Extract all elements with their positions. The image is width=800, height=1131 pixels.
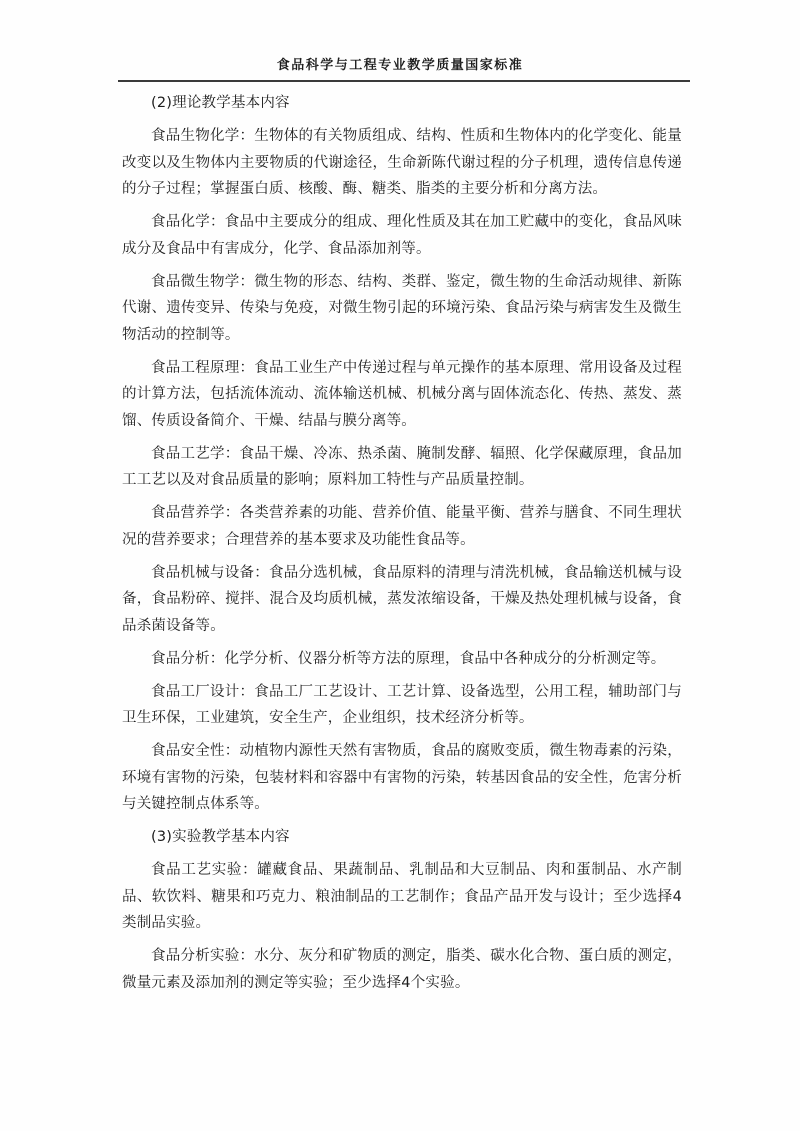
paragraph: 食品分析：化学分析、仪器分析等方法的原理，食品中各种成分的分析测定等。 xyxy=(122,646,682,673)
paragraph: 食品分析实验：水分、灰分和矿物质的测定，脂类、碳水化合物、蛋白质的测定，微量元素… xyxy=(122,943,682,996)
paragraph: 食品安全性：动植物内源性天然有害物质，食品的腐败变质，微生物毒素的污染，环境有害… xyxy=(122,738,682,818)
section-heading: (3)实验教学基本内容 xyxy=(122,824,682,851)
paragraph: 食品工艺实验：罐藏食品、果蔬制品、乳制品和大豆制品、肉和蛋制品、水产制品、软饮料… xyxy=(122,857,682,937)
paragraph: 食品化学：食品中主要成分的组成、理化性质及其在加工贮藏中的变化，食品风味成分及食… xyxy=(122,209,682,262)
paragraph: 食品微生物学：微生物的形态、结构、类群、鉴定，微生物的生命活动规律、新陈代谢、遗… xyxy=(122,269,682,349)
paragraph: 食品生物化学：生物体的有关物质组成、结构、性质和生物体内的化学变化、能量改变以及… xyxy=(122,123,682,203)
page-header-title: 食品科学与工程专业教学质量国家标准 xyxy=(0,54,800,73)
paragraph: 食品工艺学：食品干燥、冷冻、热杀菌、腌制发酵、辐照、化学保藏原理，食品加工工艺以… xyxy=(122,441,682,494)
paragraph: 食品工厂设计：食品工厂工艺设计、工艺计算、设备选型，公用工程，辅助部门与卫生环保… xyxy=(122,679,682,732)
paragraph: 食品机械与设备：食品分选机械，食品原料的清理与清洗机械，食品输送机械与设备，食品… xyxy=(122,560,682,640)
paragraph: 食品工程原理：食品工业生产中传递过程与单元操作的基本原理、常用设备及过程的计算方… xyxy=(122,355,682,435)
section-heading: (2)理论教学基本内容 xyxy=(122,90,682,117)
paragraph: 食品营养学：各类营养素的功能、营养价值、能量平衡、营养与膳食、不同生理状况的营养… xyxy=(122,500,682,553)
header-rule xyxy=(118,80,690,82)
document-page: 食品科学与工程专业教学质量国家标准 (2)理论教学基本内容食品生物化学：生物体的… xyxy=(0,0,800,1131)
document-body: (2)理论教学基本内容食品生物化学：生物体的有关物质组成、结构、性质和生物体内的… xyxy=(122,90,682,996)
